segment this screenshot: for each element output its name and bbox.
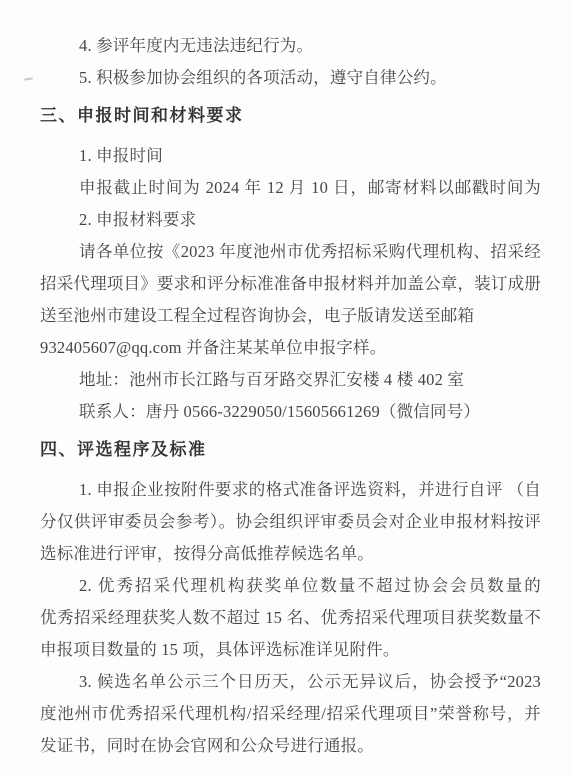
document-line: 1. 申报企业按附件要求的格式准备评选资料，并进行自评 （自评 [40,474,541,506]
scan-artifact-mark [24,77,33,80]
contact-line: 联系人：唐丹 0566-3229050/15605661269（微信同号） [40,396,541,428]
email-line: 932405607@qq.com 并备注某某单位申报字样。 [40,332,541,364]
document-line: 2. 优秀招采代理机构获奖单位数量不超过协会会员数量的 30%。 [40,570,541,602]
list-item: 5. 积极参加协会组织的各项活动，遵守自律公约。 [40,62,541,94]
document-line: 招采代理项目》要求和评分标准准备申报材料并加盖公章，装订成册 [40,268,541,300]
document-line: 发证书，同时在协会官网和公众号进行通报。 [40,730,541,762]
document-line: 度池州市优秀招采代理机构/招采经理/招采代理项目”荣誉称号，并颁 [40,698,541,730]
document-line: 选标准进行评审，按得分高低推荐候选名单。 [40,538,541,570]
document-line: 优秀招采经理获奖人数不超过 15 名、优秀招采代理项目获奖数量不超过 [40,602,541,634]
address-line: 地址：池州市长江路与百牙路交界汇安楼 4 楼 402 室 [40,364,541,396]
section-heading: 四、评选程序及标准 [40,434,541,466]
document-line: 请各单位按《2023 年度池州市优秀招标采购代理机构、招采经理、 [40,236,541,268]
sub-item-title: 1. 申报时间 [40,140,541,172]
document-line: 3. 候选名单公示三个日历天，公示无异议后，协会授予“2023 年 [40,666,541,698]
sub-item-title: 2. 申报材料要求 [40,204,541,236]
section-heading: 三、申报时间和材料要求 [40,100,541,132]
document-line: 分仅供评审委员会参考）。协会组织评审委员会对企业申报材料按评 [40,506,541,538]
document-line: 申报截止时间为 2024 年 12 月 10 日，邮寄材料以邮戳时间为准。 [40,172,541,204]
document-line: 申报项目数量的 15 项，具体评选标准详见附件。 [40,634,541,666]
document-page: 4. 参评年度内无违法违纪行为。 5. 积极参加协会组织的各项活动，遵守自律公约… [0,0,573,776]
list-item: 4. 参评年度内无违法违纪行为。 [40,30,541,62]
document-line: 送至池州市建设工程全过程咨询协会，电子版请发送至邮箱 [40,300,541,332]
